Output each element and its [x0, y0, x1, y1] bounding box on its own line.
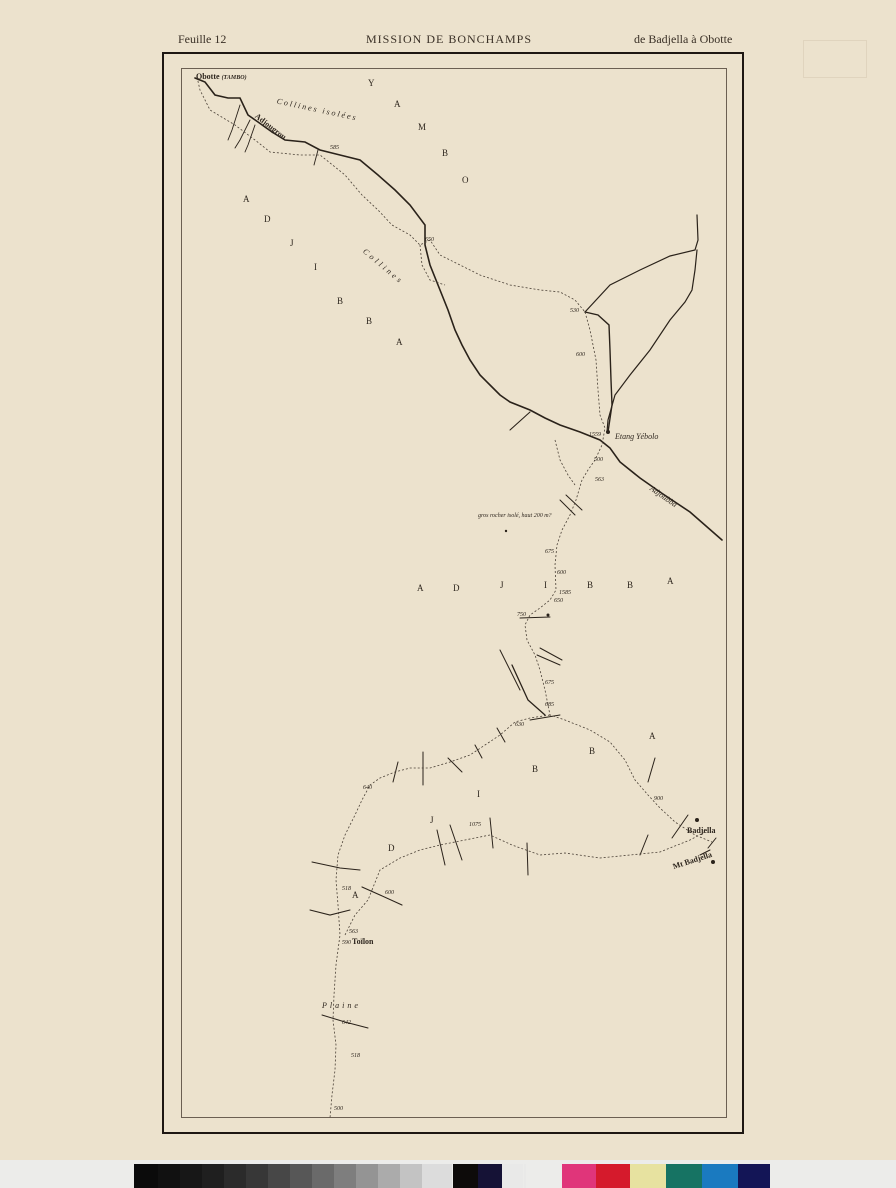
- gray-swatch: [334, 1164, 356, 1188]
- elevation: 650: [554, 598, 563, 604]
- gray-swatch: [312, 1164, 334, 1188]
- elevation: 600: [557, 570, 566, 576]
- elevation: 600: [576, 352, 585, 358]
- color-swatch: [702, 1164, 738, 1188]
- color-swatch: [630, 1164, 666, 1188]
- label-plaine: Plaine: [322, 1001, 361, 1010]
- elevation: 590: [342, 940, 351, 946]
- region-letter: A: [417, 583, 425, 593]
- color-calibration-bar: [0, 1160, 896, 1188]
- elevation: 1075: [469, 822, 481, 828]
- elevation: 685: [545, 702, 554, 708]
- gray-swatch: [422, 1164, 452, 1188]
- elevation: 1559: [589, 432, 601, 438]
- region-letter: B: [532, 764, 539, 774]
- place-badjella: Badjella: [687, 826, 715, 835]
- region-letter: A: [649, 731, 657, 741]
- gray-swatch: [202, 1164, 224, 1188]
- region-letter: A: [396, 337, 404, 347]
- region-letter: J: [290, 238, 295, 248]
- region-letter: A: [352, 890, 360, 900]
- gray-swatch: [224, 1164, 246, 1188]
- region-letter: J: [430, 815, 435, 825]
- region-letter: A: [667, 576, 675, 586]
- route-map: [0, 0, 896, 1160]
- color-swatch: [738, 1164, 770, 1188]
- place-obotte: Obotte (TAMBO): [196, 72, 247, 81]
- elevation: 900: [654, 796, 663, 802]
- region-letter: Y: [368, 78, 376, 88]
- gray-swatch: [180, 1164, 202, 1188]
- region-letter: A: [394, 99, 402, 109]
- elevation: 518: [351, 1053, 360, 1059]
- gray-swatch: [134, 1164, 158, 1188]
- gray-swatch: [356, 1164, 378, 1188]
- river-main: [195, 78, 722, 540]
- color-swatch: [478, 1164, 502, 1188]
- elevation: 650: [425, 237, 434, 243]
- region-letter: D: [264, 214, 272, 224]
- label-gros-rocher: gros rocher isolé, haut 200 m?: [478, 513, 552, 519]
- elevation: 563: [349, 929, 358, 935]
- region-letter: O: [462, 175, 470, 185]
- elevation: 630: [515, 722, 524, 728]
- elevation: 600: [385, 890, 394, 896]
- region-letter: B: [589, 746, 596, 756]
- region-letter: I: [544, 580, 548, 590]
- color-swatch: [562, 1164, 596, 1188]
- region-letter: B: [587, 580, 594, 590]
- region-letter: M: [418, 122, 427, 132]
- elevation: 1585: [559, 590, 571, 596]
- elevation: 642: [342, 1020, 351, 1026]
- region-letter: D: [388, 843, 396, 853]
- elevation: 675: [545, 549, 554, 555]
- elevation: 500: [334, 1106, 343, 1112]
- gray-swatch: [158, 1164, 180, 1188]
- elevation: 530: [570, 308, 579, 314]
- gray-swatch: [378, 1164, 400, 1188]
- region-letter: J: [500, 580, 505, 590]
- elevation: 518: [342, 886, 351, 892]
- settlement-dot: [606, 430, 610, 434]
- gray-swatch: [290, 1164, 312, 1188]
- gap: [523, 1164, 524, 1188]
- gray-swatch: [246, 1164, 268, 1188]
- region-letter: B: [366, 316, 373, 326]
- elevation: 675: [545, 680, 554, 686]
- elevation: 500: [594, 457, 603, 463]
- color-swatch: [596, 1164, 630, 1188]
- elevation: 640: [363, 785, 372, 791]
- region-letter: B: [337, 296, 344, 306]
- region-letter: I: [477, 789, 481, 799]
- map-sheet: Feuille 12 MISSION DE BONCHAMPS de Badje…: [0, 0, 896, 1160]
- region-letter: A: [243, 194, 251, 204]
- region-letter: D: [453, 583, 461, 593]
- elevation: 750: [517, 612, 526, 618]
- elevation: 563: [595, 477, 604, 483]
- place-toilon: Toïlon: [352, 937, 374, 946]
- region-letter: B: [627, 580, 634, 590]
- region-letter: I: [314, 262, 318, 272]
- elevation: 585: [330, 145, 339, 151]
- gray-swatch: [400, 1164, 422, 1188]
- color-swatch: [666, 1164, 702, 1188]
- color-swatch: [453, 1164, 478, 1188]
- place-etang-yebolo: Etang Yébolo: [615, 432, 658, 441]
- region-letter: B: [442, 148, 449, 158]
- gray-swatch: [268, 1164, 290, 1188]
